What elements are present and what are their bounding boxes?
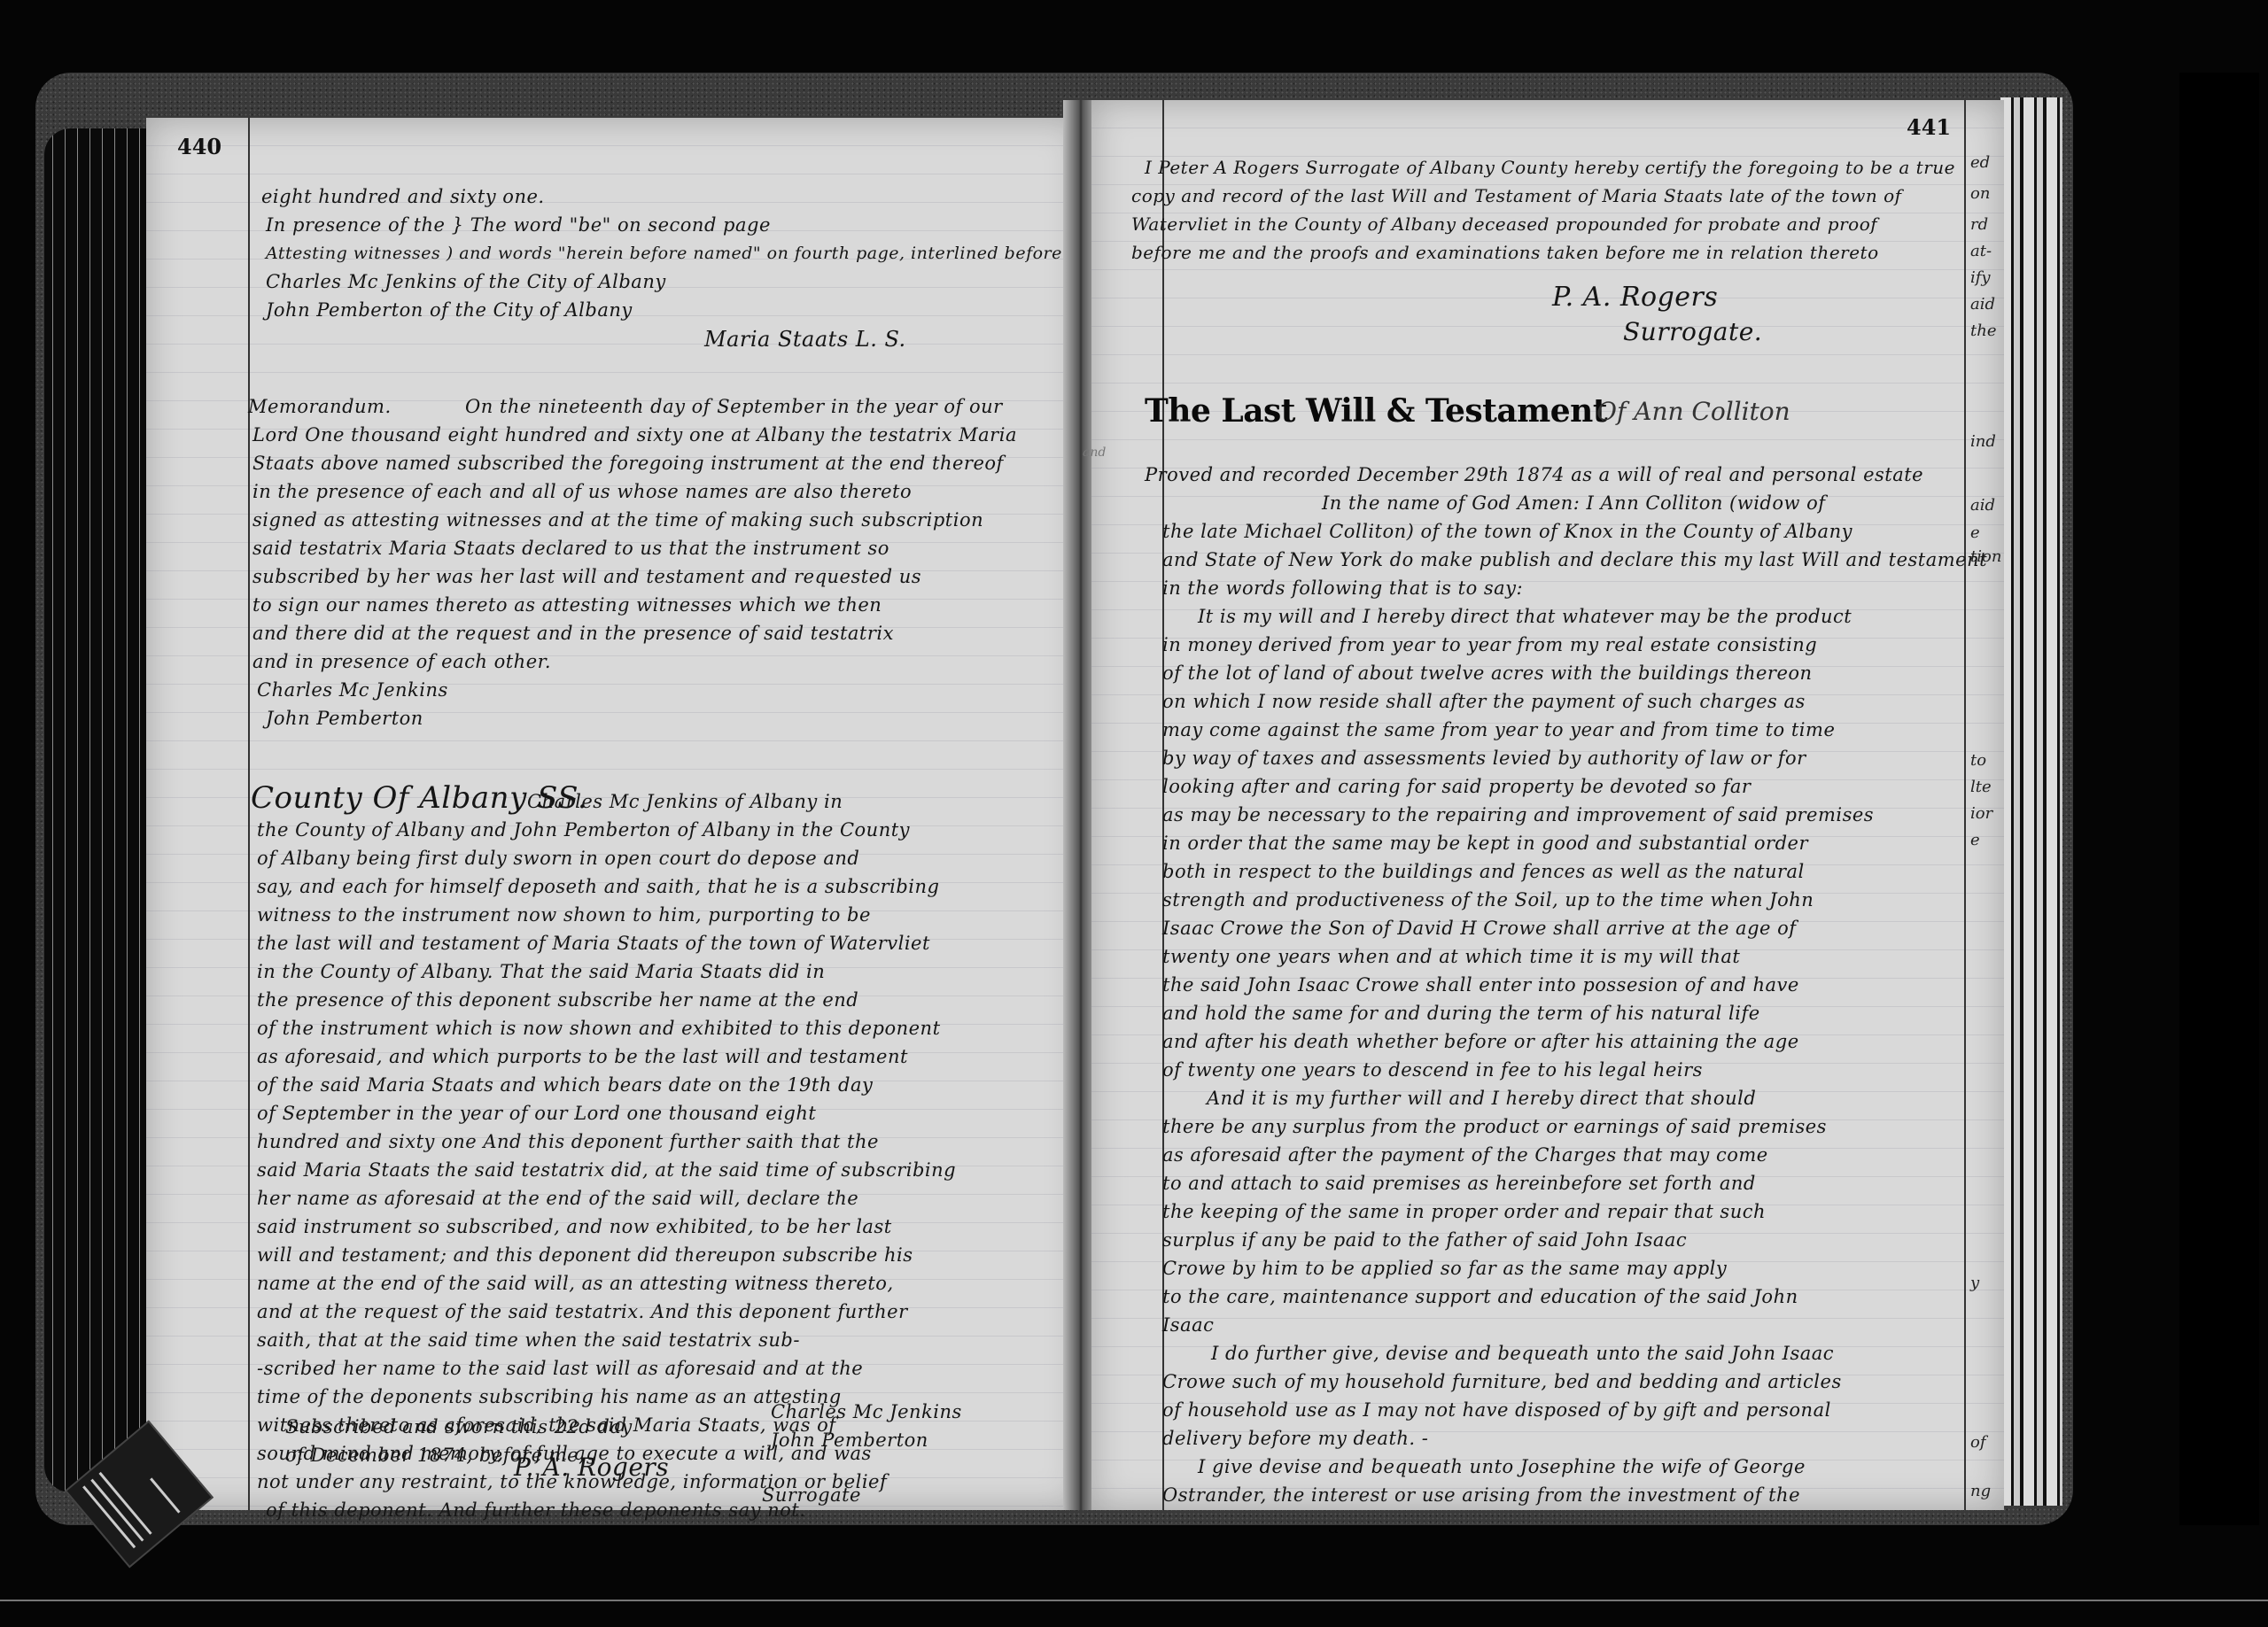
edge-fragment: e	[1970, 831, 1980, 849]
edge-fragment: the	[1970, 322, 1996, 340]
text-line: of this deponent. And further these depo…	[266, 1496, 805, 1525]
edge-fragment: aid	[1970, 496, 1995, 515]
text-line: will and testament; and this deponent di…	[257, 1241, 913, 1270]
edge-fragment: tion	[1970, 547, 2001, 566]
text-line: strength and productiveness of the Soil,…	[1162, 886, 1814, 915]
text-line: before me and the proofs and examination…	[1131, 238, 1879, 267]
deponent-signature: Charles Mc Jenkins	[771, 1398, 962, 1427]
text-line: to and attach to said premises as herein…	[1162, 1169, 1756, 1198]
text-line: hundred and sixty one And this deponent …	[257, 1127, 879, 1157]
text-line: there be any surplus from the product or…	[1162, 1112, 1827, 1142]
text-line: the County of Albany and John Pemberton …	[257, 816, 910, 845]
text-line: the presence of this deponent subscribe …	[257, 986, 858, 1015]
text-line: In the name of God Amen: I Ann Colliton …	[1322, 489, 1826, 518]
text-line: It is my will and I hereby direct that w…	[1198, 602, 1852, 631]
scan-edge-line	[0, 1600, 2268, 1601]
text-line: of twenty one years to descend in fee to…	[1162, 1056, 1703, 1085]
text-line: I Peter A Rogers Surrogate of Albany Cou…	[1145, 153, 1955, 182]
jurat-line: Subscribed and sworn this 22d day	[285, 1413, 633, 1442]
testator-signature: Maria Staats L. S.	[704, 327, 906, 352]
text-line: by way of taxes and assessments levied b…	[1162, 744, 1806, 773]
text-line: of the said Maria Staats and which bears…	[257, 1071, 873, 1100]
text-line: both in respect to the buildings and fen…	[1162, 857, 1805, 887]
text-line: time of the deponents subscribing his na…	[257, 1383, 842, 1412]
text-line: of household use as I may not have dispo…	[1162, 1396, 1831, 1425]
text-line: name at the end of the said will, as an …	[257, 1269, 894, 1298]
left-page-stack-edges	[44, 128, 146, 1492]
text-line: to the care, maintenance support and edu…	[1162, 1282, 1798, 1312]
text-line: and after his death whether before or af…	[1162, 1027, 1799, 1057]
text-line: in order that the same may be kept in go…	[1162, 829, 1808, 858]
text-line: of the instrument which is now shown and…	[257, 1014, 941, 1043]
witness-signature: Charles Mc Jenkins	[257, 676, 448, 705]
text-line: Charles Mc Jenkins of Albany in	[527, 787, 843, 817]
surrogate-title: Surrogate	[762, 1481, 861, 1510]
text-line: In presence of the } The word "be" on se…	[266, 211, 771, 240]
text-line: and hold the same for and during the ter…	[1162, 999, 1760, 1028]
text-line: looking after and caring for said proper…	[1162, 772, 1751, 802]
right-page: 441 I Peter A Rogers Surrogate of Albany…	[1091, 100, 2004, 1510]
witness-line: Charles Mc Jenkins of the City of Albany	[266, 267, 666, 297]
text-line: in the presence of each and all of us wh…	[252, 477, 912, 507]
text-line: Isaac Crowe the Son of David H Crowe sha…	[1162, 914, 1797, 943]
text-line: Lord One thousand eight hundred and sixt…	[252, 421, 1017, 450]
witness-signature: John Pemberton	[266, 704, 423, 733]
surrogate-signature: P. A. Rogers	[1552, 282, 1718, 313]
text-line: and at the request of the said testatrix…	[257, 1298, 908, 1327]
text-line: Crowe such of my household furniture, be…	[1162, 1367, 1842, 1397]
edge-fragment: rd	[1970, 215, 1988, 234]
text-line: Attesting witnesses ) and words "herein …	[266, 239, 1154, 268]
margin-note: and	[1083, 445, 1106, 460]
left-page: 440 eight hundred and sixty one. In pres…	[146, 118, 1081, 1510]
text-line: Isaac	[1162, 1311, 1214, 1340]
edge-fragment: y	[1970, 1274, 1979, 1292]
text-line: as may be necessary to the repairing and…	[1162, 801, 1874, 830]
edge-fragment: ify	[1970, 268, 1991, 287]
text-line: the said John Isaac Crowe shall enter in…	[1162, 971, 1799, 1000]
text-line: as aforesaid, and which purports to be t…	[257, 1042, 908, 1072]
text-line: I do further give, devise and bequeath u…	[1211, 1339, 1834, 1368]
text-line: delivery before my death. -	[1162, 1424, 1428, 1453]
text-line: to sign our names thereto as attesting w…	[252, 591, 882, 620]
edge-fragment: on	[1970, 184, 1990, 203]
margin-rule	[248, 118, 250, 1510]
memorandum-label: Memorandum.	[248, 392, 392, 422]
edge-fragment: aid	[1970, 295, 1995, 314]
text-line: said Maria Staats the said testatrix did…	[257, 1156, 956, 1185]
text-line: and State of New York do make publish an…	[1162, 546, 1987, 575]
text-line: of September in the year of our Lord one…	[257, 1099, 816, 1128]
right-page-stack-edges	[2000, 97, 2062, 1506]
page-number: 440	[177, 134, 221, 159]
edge-fragment: lte	[1970, 778, 1992, 796]
page-number: 441	[1907, 114, 1951, 140]
edge-fragment: ind	[1970, 432, 1996, 451]
will-title: The Last Will & Testament	[1145, 392, 1607, 430]
text-line: subscribed by her was her last will and …	[252, 562, 921, 592]
text-line: witness to the instrument now shown to h…	[257, 901, 871, 930]
text-line: I give devise and bequeath unto Josephin…	[1198, 1453, 1806, 1482]
text-line: copy and record of the last Will and Tes…	[1131, 182, 1902, 211]
text-line: in money derived from year to year from …	[1162, 631, 1817, 660]
text-line: in the County of Albany. That the said M…	[257, 957, 825, 987]
text-line: On the nineteenth day of September in th…	[465, 392, 1003, 422]
cover-shadow-band	[2179, 73, 2259, 1525]
text-line: the late Michael Colliton) of the town o…	[1162, 517, 1852, 546]
text-line: signed as attesting witnesses and at the…	[252, 506, 983, 535]
text-line: on which I now reside shall after the pa…	[1162, 687, 1806, 717]
text-line: as aforesaid after the payment of the Ch…	[1162, 1141, 1768, 1170]
text-line: her name as aforesaid at the end of the …	[257, 1184, 858, 1213]
proved-line: Proved and recorded December 29th 1874 a…	[1145, 461, 1923, 490]
text-line: Crowe by him to be applied so far as the…	[1162, 1254, 1727, 1283]
text-line: and there did at the request and in the …	[252, 619, 894, 648]
text-line: saith, that at the said time when the sa…	[257, 1326, 800, 1355]
testator-name: Of Ann Colliton	[1596, 397, 1790, 426]
deponent-signature: John Pemberton	[771, 1426, 928, 1455]
witness-line: John Pemberton of the City of Albany	[266, 296, 633, 325]
text-line: of the lot of land of about twelve acres…	[1162, 659, 1813, 688]
edge-fragment: of	[1970, 1433, 1986, 1452]
text-line: in the words following that is to say:	[1162, 574, 1523, 603]
edge-fragment: e	[1970, 523, 1980, 542]
surrogate-signature: P. A. Rogers	[514, 1453, 669, 1482]
text-line: -scribed her name to the said last will …	[257, 1354, 863, 1383]
text-line: twenty one years when and at which time …	[1162, 942, 1740, 972]
surrogate-title: Surrogate.	[1623, 317, 1762, 346]
text-line: the last will and testament of Maria Sta…	[257, 929, 930, 958]
text-line: of Albany being first duly sworn in open…	[257, 844, 859, 873]
text-line: Staats above named subscribed the forego…	[252, 449, 1004, 478]
text-line: say, and each for himself deposeth and s…	[257, 872, 940, 902]
right-margin-rule	[1964, 100, 1966, 1510]
edge-fragment: at-	[1970, 242, 1992, 260]
text-line: surplus if any be paid to the father of …	[1162, 1226, 1687, 1255]
edge-fragment: ng	[1970, 1482, 1991, 1500]
edge-fragment: ior	[1970, 804, 1992, 823]
edge-fragment: to	[1970, 751, 1986, 770]
text-line: said instrument so subscribed, and now e…	[257, 1213, 892, 1242]
text-line: and in presence of each other.	[252, 647, 551, 677]
text-line: may come against the same from year to y…	[1162, 716, 1835, 745]
text-line: Ostrander, the interest or use arising f…	[1162, 1481, 1800, 1510]
text-line: Watervliet in the County of Albany decea…	[1131, 210, 1877, 239]
edge-fragment: ed	[1970, 153, 1990, 172]
text-line: And it is my further will and I hereby d…	[1207, 1084, 1756, 1113]
text-line: said testatrix Maria Staats declared to …	[252, 534, 889, 563]
text-line: the keeping of the same in proper order …	[1162, 1197, 1766, 1227]
text-line: eight hundred and sixty one.	[261, 182, 545, 212]
